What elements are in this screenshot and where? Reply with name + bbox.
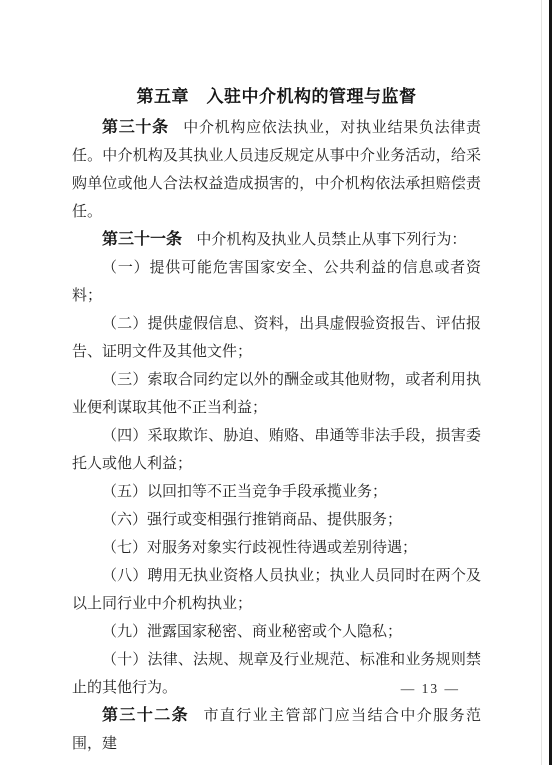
- list-item-paragraph: （八）聘用无执业资格人员执业；执业人员同时在两个及以上同行业中介机构执业；: [72, 562, 481, 618]
- article-number: 第三十条: [102, 119, 169, 136]
- scan-edge-faint-line: [541, 0, 542, 765]
- list-item-paragraph: （五）以回扣等不正当竞争手段承揽业务；: [72, 478, 481, 506]
- list-item-paragraph: （七）对服务对象实行歧视性待遇或差别待遇；: [72, 534, 481, 562]
- article-text: 中介机构及执业人员禁止从事下列行为：: [196, 232, 466, 248]
- article-number: 第三十一条: [102, 231, 182, 248]
- article-paragraph: 第三十二条市直行业主管部门应当结合中介服务范围，建: [72, 702, 481, 758]
- page-number: — 13 —: [72, 681, 460, 697]
- list-item-paragraph: （四）采取欺诈、胁迫、贿赂、串通等非法手段，损害委托人或他人利益；: [72, 422, 481, 478]
- document-page: 第五章 入驻中介机构的管理与监督 第三十条中介机构应依法执业，对执业结果负法律责…: [0, 0, 553, 765]
- article-list: 第三十条中介机构应依法执业，对执业结果负法律责任。中介机构及其执业人员违反规定从…: [72, 114, 481, 758]
- chapter-title: 第五章 入驻中介机构的管理与监督: [72, 86, 481, 107]
- page-content: 第五章 入驻中介机构的管理与监督 第三十条中介机构应依法执业，对执业结果负法律责…: [72, 86, 481, 758]
- list-item-paragraph: （三）索取合同约定以外的酬金或其他财物，或者利用执业便利谋取其他不正当利益；: [72, 366, 481, 422]
- list-item-paragraph: （二）提供虚假信息、资料，出具虚假验资报告、评估报告、证明文件及其他文件；: [72, 310, 481, 366]
- article-paragraph: 第三十条中介机构应依法执业，对执业结果负法律责任。中介机构及其执业人员违反规定从…: [72, 114, 481, 226]
- article-number: 第三十二条: [102, 707, 189, 724]
- scan-edge-line: [549, 0, 552, 765]
- article-paragraph: 第三十一条中介机构及执业人员禁止从事下列行为：: [72, 226, 481, 254]
- list-item-paragraph: （一）提供可能危害国家安全、公共利益的信息或者资料；: [72, 254, 481, 310]
- list-item-paragraph: （六）强行或变相强行推销商品、提供服务；: [72, 506, 481, 534]
- list-item-paragraph: （九）泄露国家秘密、商业秘密或个人隐私；: [72, 618, 481, 646]
